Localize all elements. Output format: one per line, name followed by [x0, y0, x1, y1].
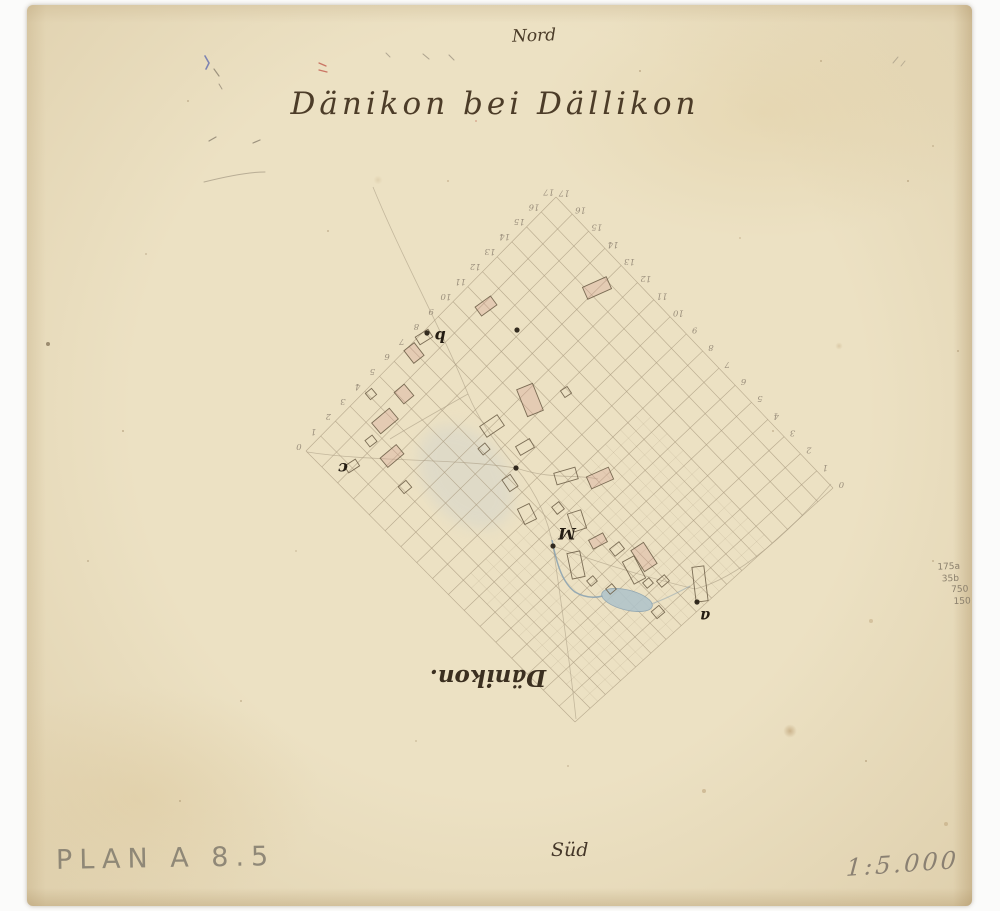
- map-dot: [513, 465, 518, 470]
- building: [586, 467, 613, 489]
- road-line: [516, 468, 598, 479]
- grid-number: 1: [822, 462, 827, 472]
- grid-number: 5: [370, 366, 375, 376]
- grid-number: 10: [672, 307, 683, 317]
- grid-number: 7: [398, 336, 404, 346]
- grid-number: 14: [608, 239, 619, 249]
- map-dot: [694, 599, 699, 604]
- grid-number: 15: [591, 222, 602, 232]
- grid-number: 15: [514, 216, 525, 226]
- stray-mark: [205, 56, 209, 69]
- margin-annotations: 175a 35b 750 150: [937, 561, 971, 608]
- point-labels: bcMa: [338, 327, 710, 626]
- building: [517, 504, 536, 525]
- building: [517, 383, 544, 416]
- stray-mark: [209, 137, 260, 143]
- grid-number: 0: [838, 479, 844, 489]
- village-label-inverted: Dänikon.: [430, 664, 547, 691]
- south-label: Süd: [551, 839, 588, 861]
- plan-number: PLAN A 8.5: [56, 841, 276, 876]
- grid-number: 7: [724, 359, 730, 369]
- map-dot: [424, 330, 429, 335]
- point-label: b: [434, 327, 445, 346]
- building: [587, 576, 598, 587]
- watercolor-wash: [399, 407, 533, 548]
- building: [372, 408, 399, 434]
- map-dot: [514, 327, 519, 332]
- grid-number: 4: [773, 410, 779, 420]
- grid-number: 12: [470, 261, 481, 271]
- point-label: c: [338, 459, 348, 478]
- grid-number: 13: [484, 246, 495, 256]
- stray-mark: [214, 69, 219, 76]
- map-title: Dänikon bei Dällikon: [285, 86, 705, 122]
- north-label: Nord: [512, 25, 557, 47]
- grid-number: 16: [574, 205, 585, 215]
- stray-mark: [893, 57, 905, 66]
- grid-number: 17: [558, 187, 569, 197]
- building: [394, 384, 414, 404]
- stray-mark: [319, 63, 327, 72]
- point-label: a: [700, 607, 710, 626]
- stray-mark: [204, 172, 265, 182]
- building: [380, 445, 404, 468]
- grid-number: 5: [757, 393, 762, 403]
- grid-number: 6: [384, 351, 390, 361]
- grid-number: 8: [413, 321, 419, 331]
- grid-number: 1: [311, 426, 316, 436]
- stray-mark: [423, 54, 454, 60]
- grid-number: 2: [806, 445, 812, 455]
- building: [582, 277, 611, 299]
- map-drawing: 0123456789101112131415161717161514131211…: [0, 0, 1000, 911]
- map-dot: [550, 543, 555, 548]
- grid-number: 12: [640, 273, 651, 283]
- building: [404, 343, 424, 364]
- grid-number: 6: [740, 376, 746, 386]
- grid-number: 3: [790, 428, 795, 438]
- margin-number: 150: [938, 596, 971, 609]
- grid-number: 3: [340, 396, 345, 406]
- point-label: M: [557, 524, 577, 543]
- grid-number: 13: [624, 256, 635, 266]
- grid-number: 16: [528, 201, 539, 211]
- grid-number: 4: [355, 381, 361, 391]
- scanned-plan: 0123456789101112131415161717161514131211…: [0, 0, 1000, 911]
- building: [516, 439, 535, 456]
- grid-number: 2: [326, 411, 332, 421]
- building: [643, 578, 654, 589]
- grid-number: 11: [455, 276, 466, 286]
- grid-number: 0: [296, 441, 302, 451]
- margin-number: 750: [938, 584, 971, 597]
- grid-number: 11: [657, 290, 668, 300]
- stray-mark: [386, 53, 390, 57]
- grid-edge-numbers: 0123456789101112131415161717161514131211…: [296, 186, 845, 489]
- building: [567, 551, 585, 579]
- grid-number: 17: [543, 186, 554, 196]
- stray-mark: [219, 84, 222, 89]
- grid-number: 9: [691, 325, 697, 335]
- grid-number: 14: [499, 231, 510, 241]
- grid-number: 10: [440, 291, 451, 301]
- grid-number: 8: [708, 342, 714, 352]
